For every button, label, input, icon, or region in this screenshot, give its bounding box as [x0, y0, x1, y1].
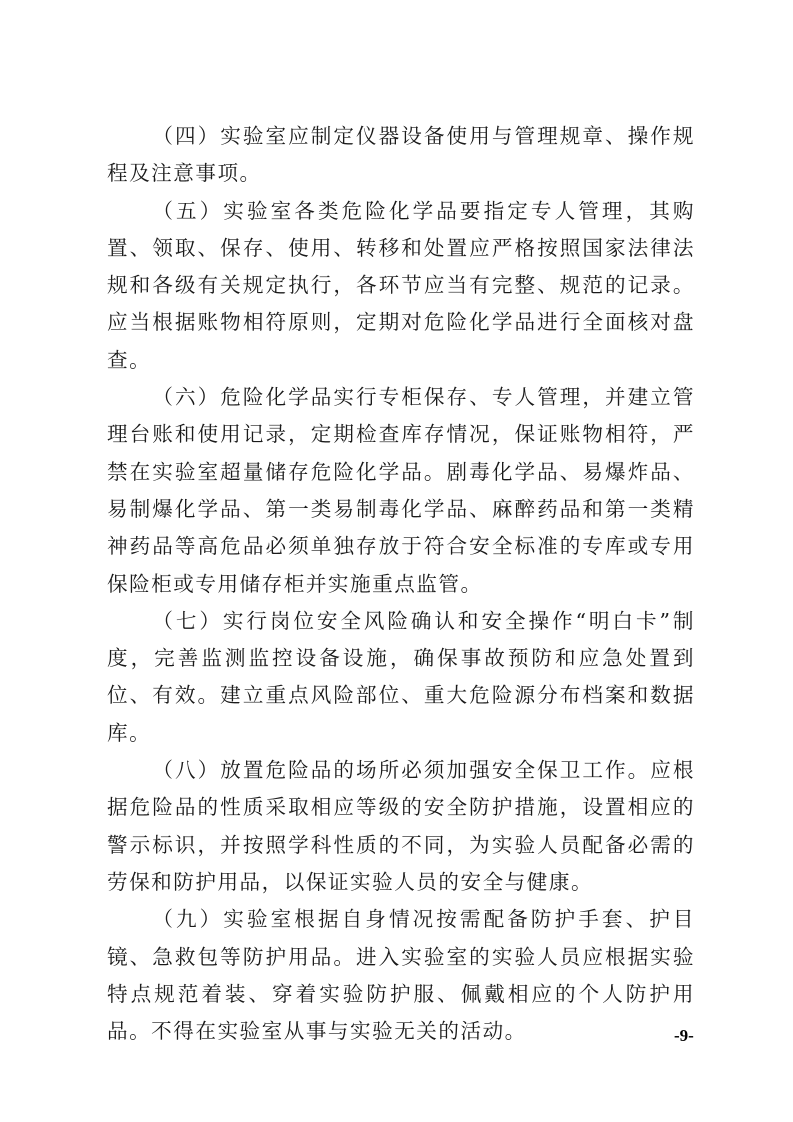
paragraph-5: （五）实验室各类危险化学品要指定专人管理，其购置、领取、保存、使用、转移和处置应… — [107, 193, 695, 379]
page-number: -9- — [674, 1026, 694, 1046]
paragraph-9: （九）实验室根据自身情况按需配备防护手套、护目镜、急救包等防护用品。进入实验室的… — [107, 901, 695, 1050]
document-body: （四）实验室应制定仪器设备使用与管理规章、操作规程及注意事项。 （五）实验室各类… — [107, 118, 695, 1050]
paragraph-7: （七）实行岗位安全风险确认和安全操作“明白卡”制度，完善监测监控设备设施，确保事… — [107, 603, 695, 752]
paragraph-6: （六）危险化学品实行专柜保存、专人管理，并建立管理台账和使用记录，定期检查库存情… — [107, 379, 695, 603]
paragraph-8: （八）放置危险品的场所必须加强安全保卫工作。应根据危险品的性质采取相应等级的安全… — [107, 752, 695, 901]
paragraph-4: （四）实验室应制定仪器设备使用与管理规章、操作规程及注意事项。 — [107, 118, 695, 193]
